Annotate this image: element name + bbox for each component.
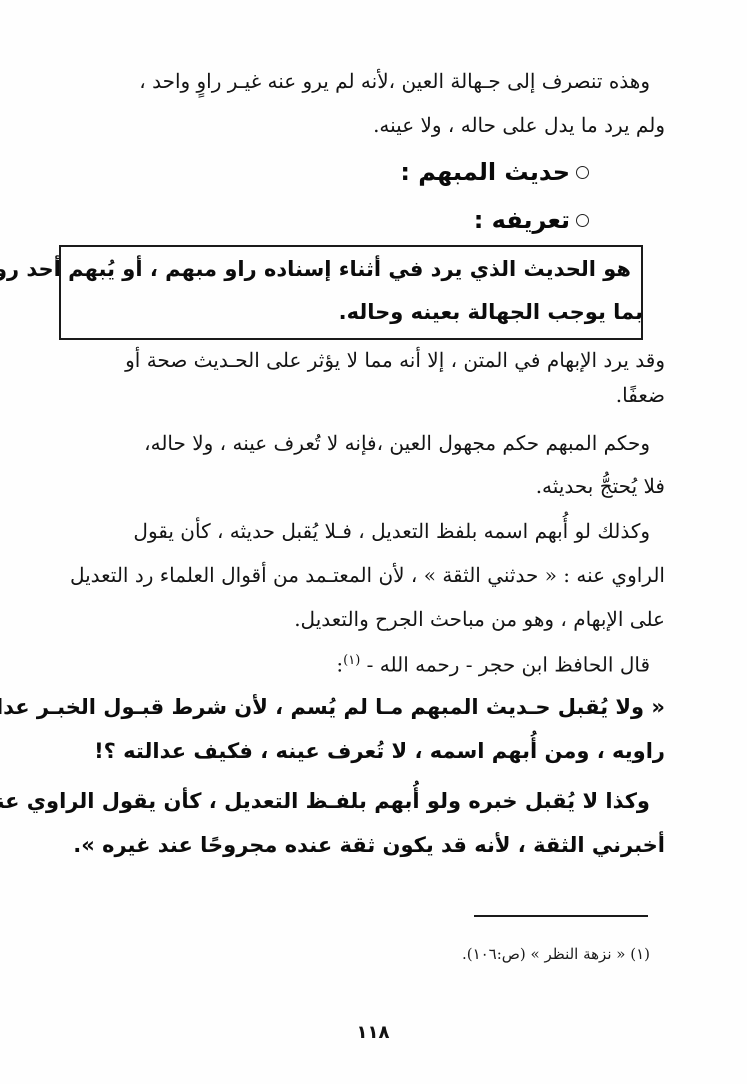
definition-line-1: هو الحديث الذي يرد في أثناء إسناده راو م… [0, 254, 631, 284]
circle-bullet-icon [576, 166, 589, 179]
quote-line-3: وكذا لا يُقبل خبره ولو أُبهم بلفـظ التعد… [0, 786, 650, 816]
paragraph-3-line-1: وكذلك لو أُبهم اسمه بلفظ التعديل ، فـلا … [133, 516, 650, 546]
intro-line-1: وهذه تنصرف إلى جـهالة العين ،لأنه لم يرو… [139, 66, 650, 96]
footnote-separator [474, 915, 648, 917]
intro-line-2: ولم يرد ما يدل على حاله ، ولا عينه. [373, 110, 665, 140]
footnote-marker[interactable]: (١) [343, 653, 360, 668]
book-page: وهذه تنصرف إلى جـهالة العين ،لأنه لم يرو… [0, 0, 747, 1084]
page-number: ١١٨ [348, 1022, 398, 1043]
heading-definition-label: تعريفه : [474, 203, 570, 237]
paragraph-2-line-2: فلا يُحتجُّ بحديثه. [536, 471, 665, 501]
citation-intro: قال الحافظ ابن حجر - رحمه الله - (١): [336, 646, 650, 680]
footnote-1: (١) « نزهة النظر » (ص:١٠٦). [462, 943, 650, 965]
heading-mubham-hadith: حديث المبهم : [400, 155, 589, 189]
paragraph-1-line-1: وقد يرد الإبهام في المتن ، إلا أنه مما ل… [125, 345, 665, 375]
definition-line-2: بما يوجب الجهالة بعينه وحاله. [339, 297, 643, 327]
quote-line-1: « ولا يُقبل حـديث المبهم مـا لم يُسم ، ل… [0, 692, 665, 722]
paragraph-3-line-2: الراوي عنه : « حدثني الثقة » ، لأن المعت… [70, 560, 665, 590]
quote-line-2: راويه ، ومن أُبهم اسمه ، لا تُعرف عينه ،… [94, 736, 665, 766]
paragraph-1-line-2: ضعفًا. [616, 380, 665, 410]
circle-bullet-icon [576, 214, 589, 227]
paragraph-2-line-1: وحكم المبهم حكم مجهول العين ،فإنه لا تُع… [144, 428, 650, 458]
citation-intro-text: قال الحافظ ابن حجر - رحمه الله - [367, 653, 650, 677]
quote-line-4: أخبرني الثقة ، لأنه قد يكون ثقة عنده مجر… [73, 830, 665, 860]
paragraph-3-line-3: على الإبهام ، وهو من مباحث الجرح والتعدي… [294, 604, 665, 634]
heading-definition: تعريفه : [474, 203, 589, 237]
heading-mubham-hadith-label: حديث المبهم : [400, 155, 570, 189]
